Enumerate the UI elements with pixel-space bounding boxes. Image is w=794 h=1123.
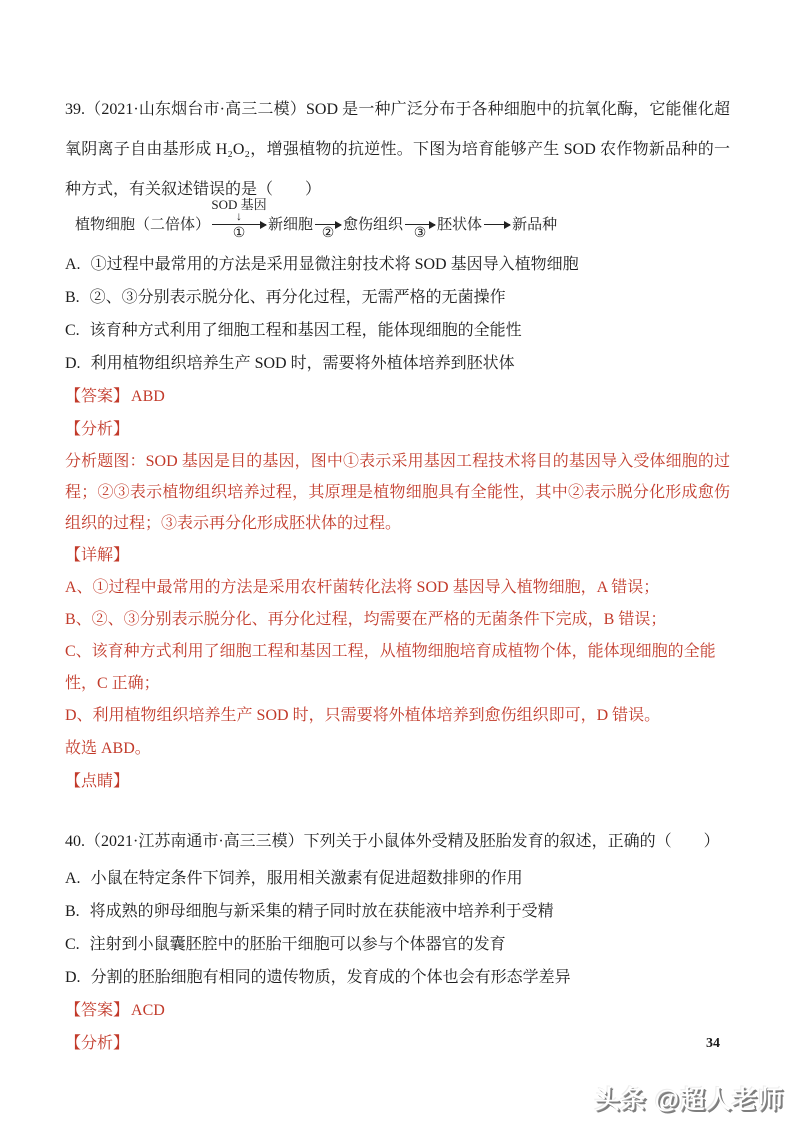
option-40-C: C.注射到小鼠囊胚腔中的胚胎干细胞可以参与个体器官的发育 (65, 928, 730, 961)
option-39-B: B.②、③分别表示脱分化、再分化过程，无需严格的无菌操作 (65, 281, 730, 314)
gene-insert-label: SOD 基因 ↓ (211, 198, 266, 222)
diagram-node-new-cell: 新细胞 (268, 218, 313, 233)
option-letter: D. (65, 347, 81, 380)
diagram-arrow-step-3: ③ (405, 224, 435, 226)
option-text: 利用植物组织培养生产 SOD 时，需要将外植体培养到胚状体 (91, 355, 515, 372)
document-content: 39.（2021·山东烟台市·高三二模）SOD 是一种广泛分布于各种细胞中的抗氧… (65, 90, 730, 1060)
option-text: 该育种方式利用了细胞工程和基因工程，能体现细胞的全能性 (90, 322, 522, 339)
answer-line-39: 【答案】ABD (65, 380, 730, 413)
option-text: ②、③分别表示脱分化、再分化过程，无需严格的无菌操作 (90, 289, 506, 306)
option-text: ①过程中最常用的方法是采用显微注射技术将 SOD 基因导入植物细胞 (91, 256, 579, 273)
answer-label: 【答案】 (65, 388, 129, 405)
detail-lines-39: A、①过程中最常用的方法是采用农杆菌转化法将 SOD 基因导入植物细胞，A 错误… (65, 572, 730, 732)
diagram-arrow-step-2: ② (315, 224, 341, 226)
question-39: 39.（2021·山东烟台市·高三二模）SOD 是一种广泛分布于各种细胞中的抗氧… (65, 90, 730, 798)
option-letter: D. (65, 961, 81, 994)
step-1-label: ① (233, 227, 246, 241)
diagram-arrow-final (484, 224, 510, 226)
arrow-shaft (484, 224, 510, 225)
arrow-shaft (212, 224, 266, 225)
sod-breeding-diagram: 植物细胞（二倍体） SOD 基因 ↓ ① 新细胞 ② 愈伤组织 ③ 胚状体 (75, 202, 730, 248)
option-39-D: D.利用植物组织培养生产 SOD 时，需要将外植体培养到胚状体 (65, 347, 730, 380)
option-text: 注射到小鼠囊胚腔中的胚胎干细胞可以参与个体器官的发育 (90, 936, 506, 953)
diagram-node-embryoid: 胚状体 (437, 218, 482, 233)
tip-label-39: 【点睛】 (65, 765, 730, 798)
option-text: 小鼠在特定条件下饲养，服用相关激素有促进超数排卵的作用 (91, 870, 523, 887)
option-letter: B. (65, 281, 80, 314)
analysis-label-40: 【分析】 (65, 1027, 730, 1060)
detail-label-39: 【详解】 (65, 539, 730, 572)
question-39-stem: 39.（2021·山东烟台市·高三二模）SOD 是一种广泛分布于各种细胞中的抗氧… (65, 90, 730, 210)
diagram-node-plant-cell: 植物细胞（二倍体） (75, 218, 210, 233)
option-text: 将成熟的卵母细胞与新采集的精子同时放在获能液中培养利于受精 (90, 903, 554, 920)
watermark: 头条 @超人老师 (595, 1080, 784, 1116)
step-3-label: ③ (414, 227, 427, 241)
analysis-text-39: 分析题图：SOD 基因是目的基因，图中①表示采用基因工程技术将目的基因导入受体细… (65, 446, 730, 539)
arrow-shaft (315, 224, 341, 225)
step-2-label: ② (322, 227, 335, 241)
option-letter: B. (65, 895, 80, 928)
diagram-node-new-variety: 新品种 (512, 218, 557, 233)
detail-line-C: C、该育种方式利用了细胞工程和基因工程，从植物细胞培育成植物个体，能体现细胞的全… (65, 636, 730, 700)
diagram-arrow-step-1: SOD 基因 ↓ ① (212, 224, 266, 226)
question-40-options: A.小鼠在特定条件下饲养，服用相关激素有促进超数排卵的作用 B.将成熟的卵母细胞… (65, 862, 730, 994)
option-39-A: A.①过程中最常用的方法是采用显微注射技术将 SOD 基因导入植物细胞 (65, 248, 730, 281)
answer-label: 【答案】 (65, 1002, 129, 1019)
option-letter: C. (65, 928, 80, 961)
detail-line-A: A、①过程中最常用的方法是采用农杆菌转化法将 SOD 基因导入植物细胞，A 错误… (65, 572, 730, 604)
option-40-B: B.将成熟的卵母细胞与新采集的精子同时放在获能液中培养利于受精 (65, 895, 730, 928)
detail-line-B: B、②、③分别表示脱分化、再分化过程，均需要在严格的无菌条件下完成，B 错误； (65, 604, 730, 636)
option-letter: A. (65, 248, 81, 281)
down-arrow-icon: ↓ (236, 211, 242, 222)
option-40-A: A.小鼠在特定条件下饲养，服用相关激素有促进超数排卵的作用 (65, 862, 730, 895)
question-40-stem: 40.（2021·江苏南通市·高三三模）下列关于小鼠体外受精及胚胎发育的叙述，正… (65, 822, 730, 862)
answer-value: ACD (131, 1002, 165, 1019)
answer-line-40: 【答案】ACD (65, 994, 730, 1027)
arrow-shaft (405, 224, 435, 225)
option-40-D: D.分割的胚胎细胞有相同的遗传物质，发育成的个体也会有形态学差异 (65, 961, 730, 994)
option-letter: C. (65, 314, 80, 347)
option-text: 分割的胚胎细胞有相同的遗传物质，发育成的个体也会有形态学差异 (91, 969, 571, 986)
option-letter: A. (65, 862, 81, 895)
question-39-options: A.①过程中最常用的方法是采用显微注射技术将 SOD 基因导入植物细胞 B.②、… (65, 248, 730, 380)
conclusion-39: 故选 ABD。 (65, 732, 730, 765)
diagram-node-callus: 愈伤组织 (343, 218, 403, 233)
answer-value: ABD (131, 388, 165, 405)
page-number: 34 (706, 1036, 720, 1052)
detail-line-D: D、利用植物组织培养生产 SOD 时，只需要将外植体培养到愈伤组织即可，D 错误… (65, 700, 730, 732)
analysis-label-39: 【分析】 (65, 413, 730, 446)
question-40: 40.（2021·江苏南通市·高三三模）下列关于小鼠体外受精及胚胎发育的叙述，正… (65, 822, 730, 1060)
option-39-C: C.该育种方式利用了细胞工程和基因工程，能体现细胞的全能性 (65, 314, 730, 347)
